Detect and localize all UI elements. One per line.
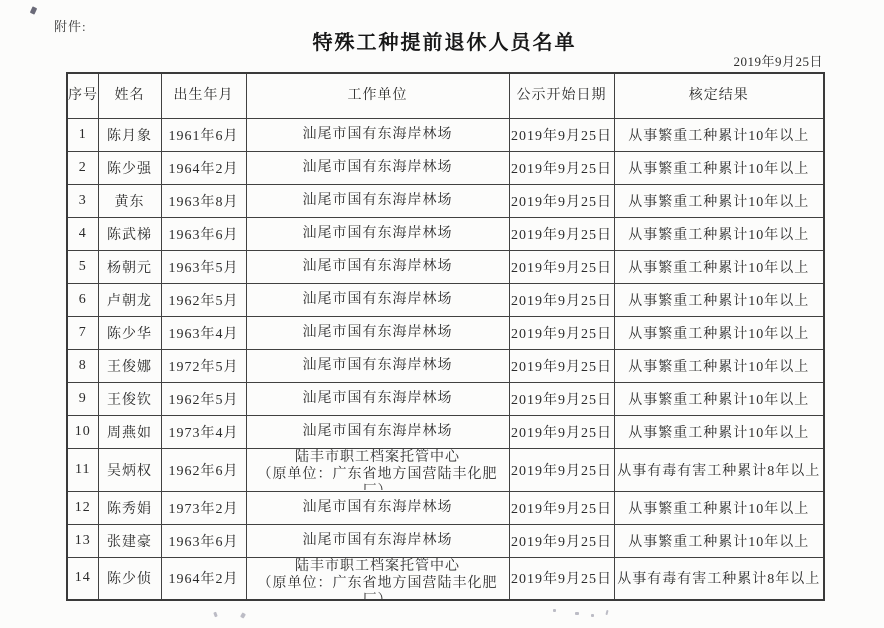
document-date: 2019年9月25日	[66, 51, 823, 70]
result-cell: 从事繁重工种累计10年以上	[614, 217, 824, 250]
result-cell: 从事繁重工种累计10年以上	[614, 382, 824, 415]
table-body: 1陈月象1961年6月汕尾市国有东海岸林场2019年9月25日从事繁重工种累计1…	[67, 118, 824, 600]
table-row: 8王俊娜1972年5月汕尾市国有东海岸林场2019年9月25日从事繁重工种累计1…	[67, 349, 824, 382]
date-cell: 2019年9月25日	[509, 151, 614, 184]
index-cell: 1	[67, 118, 98, 151]
date-cell: 2019年9月25日	[509, 557, 614, 600]
date-cell: 2019年9月25日	[509, 283, 614, 316]
scan-artifact	[30, 6, 37, 14]
header-birth: 出生年月	[161, 73, 246, 118]
name-cell: 黄东	[98, 184, 161, 217]
unit-cell: 汕尾市国有东海岸林场	[246, 151, 509, 184]
result-cell: 从事繁重工种累计10年以上	[614, 118, 824, 151]
date-cell: 2019年9月25日	[509, 349, 614, 382]
result-cell: 从事繁重工种累计10年以上	[614, 283, 824, 316]
index-cell: 14	[67, 557, 98, 600]
scan-artifact	[213, 612, 218, 618]
result-cell: 从事繁重工种累计10年以上	[614, 151, 824, 184]
table-row: 3黄东1963年8月汕尾市国有东海岸林场2019年9月25日从事繁重工种累计10…	[67, 184, 824, 217]
unit-cell: 汕尾市国有东海岸林场	[246, 250, 509, 283]
unit-cell: 汕尾市国有东海岸林场	[246, 491, 509, 524]
result-cell: 从事繁重工种累计10年以上	[614, 491, 824, 524]
index-cell: 7	[67, 316, 98, 349]
index-cell: 11	[67, 448, 98, 491]
birth-cell: 1973年2月	[161, 491, 246, 524]
birth-cell: 1963年6月	[161, 217, 246, 250]
name-cell: 王俊娜	[98, 349, 161, 382]
header-start-date: 公示开始日期	[509, 73, 614, 118]
scan-artifact	[553, 609, 556, 612]
name-cell: 周燕如	[98, 415, 161, 448]
table-row: 10周燕如1973年4月汕尾市国有东海岸林场2019年9月25日从事繁重工种累计…	[67, 415, 824, 448]
name-cell: 杨朝元	[98, 250, 161, 283]
unit-cell: 汕尾市国有东海岸林场	[246, 349, 509, 382]
birth-cell: 1963年8月	[161, 184, 246, 217]
table-row: 14陈少侦1964年2月陆丰市职工档案托管中心（原单位：广东省地方国营陆丰化肥厂…	[67, 557, 824, 600]
name-cell: 陈少华	[98, 316, 161, 349]
scan-artifact	[240, 612, 246, 618]
unit-cell: 汕尾市国有东海岸林场	[246, 283, 509, 316]
name-cell: 陈月象	[98, 118, 161, 151]
date-cell: 2019年9月25日	[509, 250, 614, 283]
result-cell: 从事繁重工种累计10年以上	[614, 524, 824, 557]
table-row: 12陈秀娟1973年2月汕尾市国有东海岸林场2019年9月25日从事繁重工种累计…	[67, 491, 824, 524]
unit-cell: 陆丰市职工档案托管中心（原单位：广东省地方国营陆丰化肥厂）	[246, 448, 509, 491]
date-cell: 2019年9月25日	[509, 382, 614, 415]
unit-cell: 汕尾市国有东海岸林场	[246, 316, 509, 349]
index-cell: 8	[67, 349, 98, 382]
table-row: 9王俊钦1962年5月汕尾市国有东海岸林场2019年9月25日从事繁重工种累计1…	[67, 382, 824, 415]
index-cell: 6	[67, 283, 98, 316]
birth-cell: 1972年5月	[161, 349, 246, 382]
birth-cell: 1963年5月	[161, 250, 246, 283]
header-index: 序号	[67, 73, 98, 118]
table-row: 6卢朝龙1962年5月汕尾市国有东海岸林场2019年9月25日从事繁重工种累计1…	[67, 283, 824, 316]
date-cell: 2019年9月25日	[509, 118, 614, 151]
birth-cell: 1963年6月	[161, 524, 246, 557]
date-cell: 2019年9月25日	[509, 448, 614, 491]
birth-cell: 1962年5月	[161, 283, 246, 316]
unit-cell: 汕尾市国有东海岸林场	[246, 382, 509, 415]
birth-cell: 1964年2月	[161, 151, 246, 184]
name-cell: 陈少强	[98, 151, 161, 184]
scan-artifact	[575, 612, 579, 615]
unit-cell: 陆丰市职工档案托管中心（原单位：广东省地方国营陆丰化肥厂）	[246, 557, 509, 600]
index-cell: 10	[67, 415, 98, 448]
table-row: 11吴炳权1962年6月陆丰市职工档案托管中心（原单位：广东省地方国营陆丰化肥厂…	[67, 448, 824, 491]
header-result: 核定结果	[614, 73, 824, 118]
header-name: 姓名	[98, 73, 161, 118]
index-cell: 5	[67, 250, 98, 283]
birth-cell: 1962年6月	[161, 448, 246, 491]
date-cell: 2019年9月25日	[509, 316, 614, 349]
birth-cell: 1962年5月	[161, 382, 246, 415]
name-cell: 陈武梯	[98, 217, 161, 250]
name-cell: 张建豪	[98, 524, 161, 557]
table-row: 1陈月象1961年6月汕尾市国有东海岸林场2019年9月25日从事繁重工种累计1…	[67, 118, 824, 151]
date-cell: 2019年9月25日	[509, 415, 614, 448]
table-row: 13张建豪1963年6月汕尾市国有东海岸林场2019年9月25日从事繁重工种累计…	[67, 524, 824, 557]
result-cell: 从事繁重工种累计10年以上	[614, 250, 824, 283]
date-cell: 2019年9月25日	[509, 491, 614, 524]
table-row: 4陈武梯1963年6月汕尾市国有东海岸林场2019年9月25日从事繁重工种累计1…	[67, 217, 824, 250]
unit-cell: 汕尾市国有东海岸林场	[246, 118, 509, 151]
table-row: 2陈少强1964年2月汕尾市国有东海岸林场2019年9月25日从事繁重工种累计1…	[67, 151, 824, 184]
name-cell: 卢朝龙	[98, 283, 161, 316]
index-cell: 13	[67, 524, 98, 557]
result-cell: 从事繁重工种累计10年以上	[614, 349, 824, 382]
result-cell: 从事有毒有害工种累计8年以上	[614, 448, 824, 491]
table-row: 7陈少华1963年4月汕尾市国有东海岸林场2019年9月25日从事繁重工种累计1…	[67, 316, 824, 349]
unit-cell: 汕尾市国有东海岸林场	[246, 184, 509, 217]
result-cell: 从事有毒有害工种累计8年以上	[614, 557, 824, 600]
birth-cell: 1963年4月	[161, 316, 246, 349]
scan-artifact	[591, 614, 594, 617]
date-cell: 2019年9月25日	[509, 524, 614, 557]
unit-cell: 汕尾市国有东海岸林场	[246, 415, 509, 448]
index-cell: 2	[67, 151, 98, 184]
index-cell: 9	[67, 382, 98, 415]
result-cell: 从事繁重工种累计10年以上	[614, 184, 824, 217]
result-cell: 从事繁重工种累计10年以上	[614, 415, 824, 448]
birth-cell: 1973年4月	[161, 415, 246, 448]
unit-cell: 汕尾市国有东海岸林场	[246, 217, 509, 250]
table-header-row: 序号 姓名 出生年月 工作单位 公示开始日期 核定结果	[67, 73, 824, 118]
name-cell: 王俊钦	[98, 382, 161, 415]
index-cell: 12	[67, 491, 98, 524]
birth-cell: 1961年6月	[161, 118, 246, 151]
name-cell: 吴炳权	[98, 448, 161, 491]
name-cell: 陈少侦	[98, 557, 161, 600]
retirement-roster-table: 序号 姓名 出生年月 工作单位 公示开始日期 核定结果 1陈月象1961年6月汕…	[66, 72, 825, 601]
result-cell: 从事繁重工种累计10年以上	[614, 316, 824, 349]
unit-cell: 汕尾市国有东海岸林场	[246, 524, 509, 557]
index-cell: 3	[67, 184, 98, 217]
date-cell: 2019年9月25日	[509, 217, 614, 250]
scan-artifact	[605, 610, 608, 615]
date-cell: 2019年9月25日	[509, 184, 614, 217]
table-row: 5杨朝元1963年5月汕尾市国有东海岸林场2019年9月25日从事繁重工种累计1…	[67, 250, 824, 283]
name-cell: 陈秀娟	[98, 491, 161, 524]
birth-cell: 1964年2月	[161, 557, 246, 600]
header-unit: 工作单位	[246, 73, 509, 118]
index-cell: 4	[67, 217, 98, 250]
